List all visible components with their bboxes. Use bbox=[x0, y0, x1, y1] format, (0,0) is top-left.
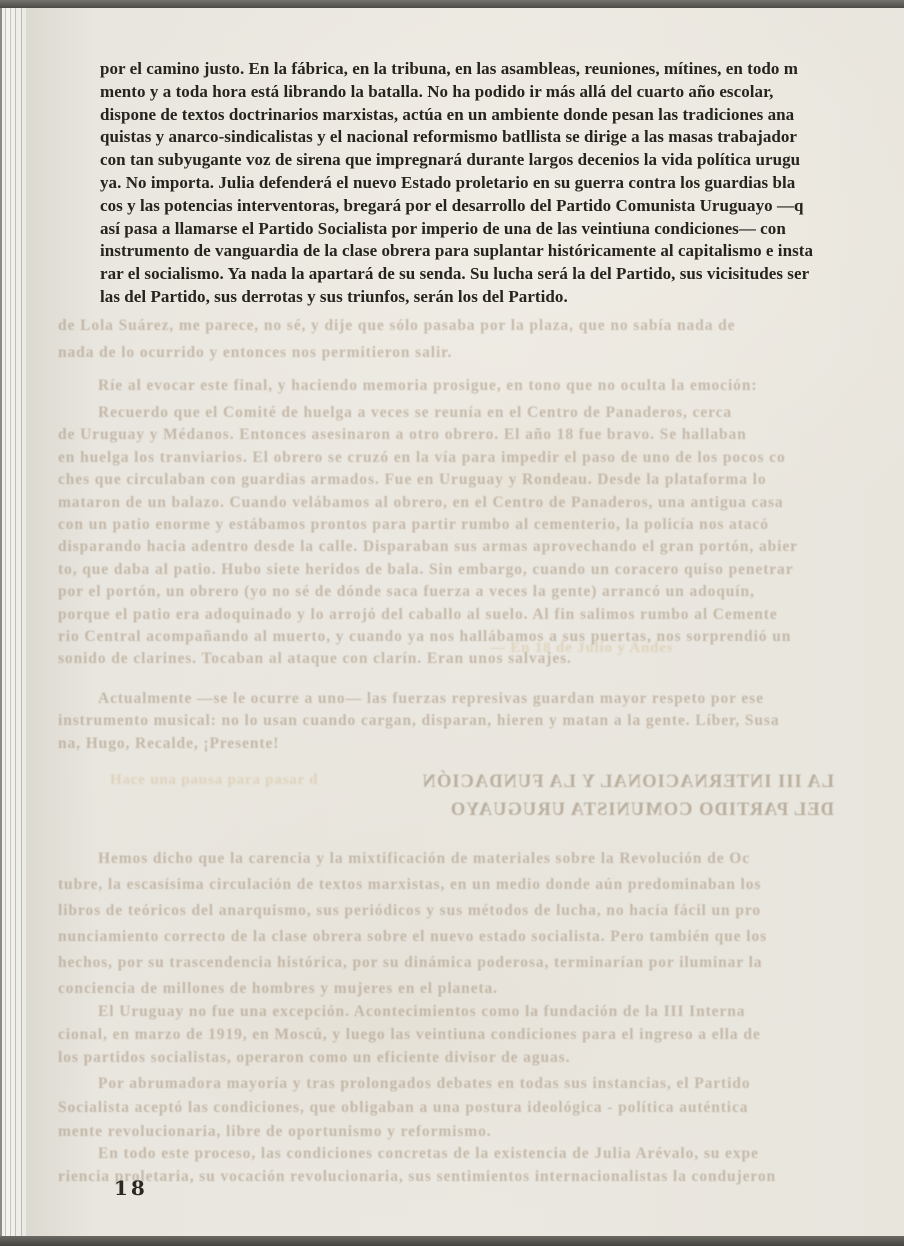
ghost-line: hechos, por su trascendencia histórica, … bbox=[58, 950, 874, 976]
ghost-line: El Uruguay no fue una excepción. Acontec… bbox=[58, 1000, 874, 1023]
ghost-heading-mirrored: LA III INTERNACIONAL Y LA FUNDACIÓN DEL … bbox=[58, 768, 874, 824]
ghost-paragraph-d: Actualmente —se le ocurre a uno— las fue… bbox=[58, 688, 874, 755]
page-number: 18 bbox=[114, 1176, 148, 1200]
text-line: quistas y anarco-sindicalistas y el naci… bbox=[100, 126, 904, 149]
ghost-line: mataron de un balazo. Cuando velábamos a… bbox=[58, 492, 874, 514]
ghost-line: cional, en marzo de 1919, en Moscú, y lu… bbox=[58, 1023, 874, 1046]
text-line: dispone de textos doctrinarios marxistas… bbox=[100, 104, 904, 127]
text-line: rar el socialismo. Ya nada la apartará d… bbox=[100, 263, 904, 286]
ghost-line: En todo este proceso, las condiciones co… bbox=[58, 1142, 874, 1165]
ghost-line: riencia proletaria, su vocación revoluci… bbox=[58, 1165, 874, 1188]
ghost-line: nada de lo ocurrido y entonces nos permi… bbox=[58, 339, 874, 366]
ghost-line: instrumento musical: no lo usan cuando c… bbox=[58, 710, 874, 732]
ghost-line: Hemos dicho que la carencia y la mixtifi… bbox=[58, 846, 874, 872]
ghost-paragraph-h: Por abrumadora mayoría y tras prolongado… bbox=[58, 1072, 874, 1144]
text-line: por el camino justo. En la fábrica, en l… bbox=[100, 58, 904, 81]
text-line: ya. No importa. Julia defenderá el nuevo… bbox=[100, 172, 904, 195]
ghost-line: ches que circulaban con guardias armados… bbox=[58, 469, 874, 491]
ghost-paragraph-a: de Lola Suárez, me parece, no sé, y dije… bbox=[58, 312, 874, 366]
ghost-paragraph-g: El Uruguay no fue una excepción. Acontec… bbox=[58, 1000, 874, 1069]
ghost-line: na, Hugo, Recalde, ¡Presente! bbox=[58, 733, 874, 755]
ghost-line: Socialista aceptó las condiciones, que o… bbox=[58, 1096, 874, 1120]
ghost-line: por el portón, un obrero (yo no sé de dó… bbox=[58, 581, 874, 603]
text-line: mento y a toda hora está librando la bat… bbox=[100, 81, 904, 104]
ghost-line: de Lola Suárez, me parece, no sé, y dije… bbox=[58, 312, 874, 339]
ghost-line: to, que daba al patio. Hubo siete herido… bbox=[58, 559, 874, 581]
text-line: así pasa a llamarse el Partido Socialist… bbox=[100, 218, 904, 241]
ghost-line: los partidos socialistas, operaron como … bbox=[58, 1046, 874, 1069]
ghost-line: Por abrumadora mayoría y tras prolongado… bbox=[58, 1072, 874, 1096]
ghost-line: mente revolucionaria, libre de oportunis… bbox=[58, 1120, 874, 1144]
ghost-paragraph-i: En todo este proceso, las condiciones co… bbox=[58, 1142, 874, 1188]
text-line: instrumento de vanguardia de la clase ob… bbox=[100, 240, 904, 263]
ghost-paragraph-c: Recuerdo que el Comité de huelga a veces… bbox=[58, 402, 874, 671]
book-page-edges bbox=[0, 8, 26, 1236]
ghost-line: sonido de clarines. Tocaban al ataque co… bbox=[58, 648, 874, 670]
ghost-line: tubre, la escasísima circulación de text… bbox=[58, 872, 874, 898]
scanned-book-page: por el camino justo. En la fábrica, en l… bbox=[0, 0, 904, 1246]
ghost-line: Ríe al evocar este final, y haciendo mem… bbox=[58, 374, 874, 398]
ghost-line: de Uruguay y Médanos. Entonces asesinaro… bbox=[58, 424, 874, 446]
ghost-line: nunciamiento correcto de la clase obrera… bbox=[58, 924, 874, 950]
ghost-line: libros de teóricos del anarquismo, sus p… bbox=[58, 898, 874, 924]
ghost-line: Recuerdo que el Comité de huelga a veces… bbox=[58, 402, 874, 424]
main-paragraph: por el camino justo. En la fábrica, en l… bbox=[100, 58, 904, 309]
text-line: las del Partido, sus derrotas y sus triu… bbox=[100, 286, 904, 309]
ghost-line: con un patio enorme y estábamos prontos … bbox=[58, 514, 874, 536]
ghost-line: conciencia de millones de hombres y muje… bbox=[58, 976, 874, 1002]
text-line: cos y las potencias interventoras, brega… bbox=[100, 195, 904, 218]
ghost-heading-line: LA III INTERNACIONAL Y LA FUNDACIÓN bbox=[58, 768, 834, 796]
ghost-line: rio Central acompañando al muerto, y cua… bbox=[58, 626, 874, 648]
ghost-line: Actualmente —se le ocurre a uno— las fue… bbox=[58, 688, 874, 710]
ghost-line: en huelga los tranviarios. El obrero se … bbox=[58, 447, 874, 469]
scan-border-bottom bbox=[0, 1236, 904, 1246]
text-line: con tan subyugante voz de sirena que imp… bbox=[100, 149, 904, 172]
ghost-heading-line: DEL PARTIDO COMUNISTA URUGUAYO bbox=[58, 796, 834, 824]
ghost-line: porque el patio era adoquinado y lo arro… bbox=[58, 604, 874, 626]
ghost-line: disparando hacia adentro desde la calle.… bbox=[58, 536, 874, 558]
scan-border-top bbox=[0, 0, 904, 8]
ghost-paragraph-b: Ríe al evocar este final, y haciendo mem… bbox=[58, 374, 874, 398]
ghost-paragraph-f: Hemos dicho que la carencia y la mixtifi… bbox=[58, 846, 874, 1002]
